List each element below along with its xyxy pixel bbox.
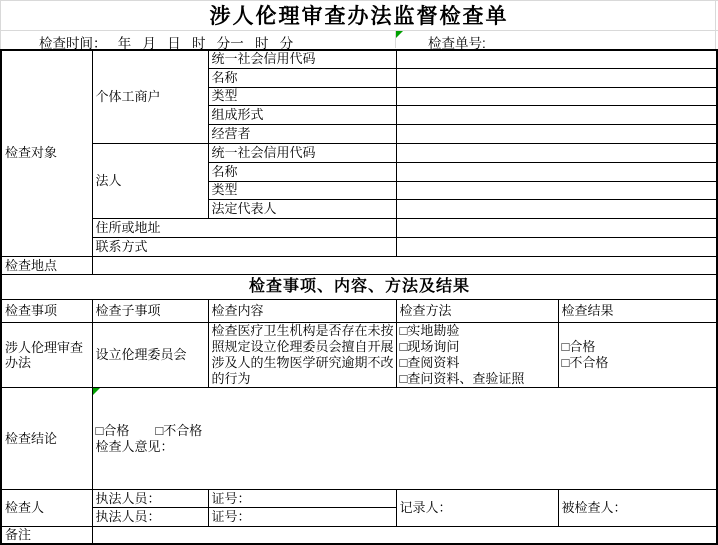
field-value-credit-code[interactable] <box>396 50 717 69</box>
remarks-value[interactable] <box>92 526 717 544</box>
form-table: 检查对象 个体工商户 统一社会信用代码 名称 类型 组成形式 经营者 法人 统一… <box>0 49 718 545</box>
inspection-form-sheet: 涉人伦理审查办法监督检查单 检查时间： 年 月 日 时 分一 时 分 检查单号:… <box>0 0 718 545</box>
officer-label-2[interactable]: 执法人员： <box>92 508 208 526</box>
field-label-type-2: 类型 <box>208 181 396 200</box>
field-label-type: 类型 <box>208 87 396 106</box>
field-label-legal-rep: 法定代表人 <box>208 200 396 219</box>
item-name-text: 涉人伦理审查办法 <box>5 340 90 371</box>
col-header-result: 检查结果 <box>558 300 717 323</box>
item-name-cell: 涉人伦理审查办法 <box>1 323 92 388</box>
checkbox-option-review-materials[interactable]: □查阅资料 <box>400 355 556 371</box>
meta-row: 检查时间： 年 月 日 时 分一 时 分 检查单号: <box>0 31 718 49</box>
location-value[interactable] <box>92 256 717 275</box>
field-value-operator[interactable] <box>396 125 717 144</box>
sub-item-cell: 设立伦理委员会 <box>92 323 208 388</box>
inspected-party-label[interactable]: 被检查人： <box>558 489 717 526</box>
field-label-credit-code: 统一社会信用代码 <box>208 50 396 69</box>
col-header-content: 检查内容 <box>208 300 396 323</box>
conclusion-label: 检查结论 <box>1 388 92 490</box>
content-cell: 检查医疗卫生机构是否存在未按照规定设立伦理委员会擅自开展涉及人的生物医学研究逾期… <box>208 323 396 388</box>
conclusion-options[interactable]: □合格 □不合格 <box>96 423 715 439</box>
field-value-address[interactable] <box>396 219 717 238</box>
group-individual-business-label: 个体工商户 <box>92 50 208 144</box>
field-value-contact[interactable] <box>396 237 717 256</box>
field-label-contact: 联系方式 <box>92 237 396 256</box>
cert-number-label-1[interactable]: 证号： <box>208 489 396 507</box>
results-cell: □合格 □不合格 <box>558 323 717 388</box>
field-label-name-2: 名称 <box>208 162 396 181</box>
inspection-time-label[interactable]: 检查时间： 年 月 日 时 分一 时 分 <box>39 32 293 52</box>
checkbox-option-inspect-licenses[interactable]: □查问资料、查验证照 <box>400 371 556 387</box>
group-legal-person-label: 法人 <box>92 143 208 218</box>
methods-cell: □实地勘验 □现场询问 □查阅资料 □查问资料、查验证照 <box>396 323 558 388</box>
gridline-top <box>0 0 718 1</box>
sheet-number-label[interactable]: 检查单号: <box>428 32 486 52</box>
remarks-label: 备注 <box>1 526 92 544</box>
conclusion-cell[interactable]: □合格 □不合格 检查人意见： <box>92 388 717 490</box>
error-flag-icon <box>93 388 100 395</box>
field-label-name: 名称 <box>208 68 396 87</box>
field-value-name[interactable] <box>396 68 717 87</box>
checkbox-option-onsite-inquiry[interactable]: □现场询问 <box>400 339 556 355</box>
field-value-type-2[interactable] <box>396 181 717 200</box>
checkbox-option-pass[interactable]: □合格 <box>562 339 715 355</box>
field-label-operator: 经营者 <box>208 125 396 144</box>
field-value-composition[interactable] <box>396 106 717 125</box>
col-header-sub-item: 检查子事项 <box>92 300 208 323</box>
field-value-type[interactable] <box>396 87 717 106</box>
field-label-credit-code-2: 统一社会信用代码 <box>208 143 396 162</box>
recorder-label[interactable]: 记录人： <box>396 489 558 526</box>
checkbox-option-fail[interactable]: □不合格 <box>562 355 715 371</box>
officer-label-1[interactable]: 执法人员： <box>92 489 208 507</box>
inspectors-label: 检查人 <box>1 489 92 526</box>
field-value-credit-code-2[interactable] <box>396 143 717 162</box>
field-value-name-2[interactable] <box>396 162 717 181</box>
location-label: 检查地点 <box>1 256 92 275</box>
cert-number-label-2[interactable]: 证号： <box>208 508 396 526</box>
inspector-opinion-label: 检查人意见： <box>96 439 715 455</box>
col-header-method: 检查方法 <box>396 300 558 323</box>
field-label-address: 住所或地址 <box>92 219 396 238</box>
object-section-label: 检查对象 <box>1 50 92 257</box>
field-value-legal-rep[interactable] <box>396 200 717 219</box>
checkbox-option-site-survey[interactable]: □实地勘验 <box>400 323 556 339</box>
field-label-composition: 组成形式 <box>208 106 396 125</box>
form-title: 涉人伦理审查办法监督检查单 <box>0 0 718 31</box>
error-flag-icon <box>396 31 403 38</box>
col-header-item: 检查事项 <box>1 300 92 323</box>
section-title: 检查事项、内容、方法及结果 <box>1 275 717 300</box>
